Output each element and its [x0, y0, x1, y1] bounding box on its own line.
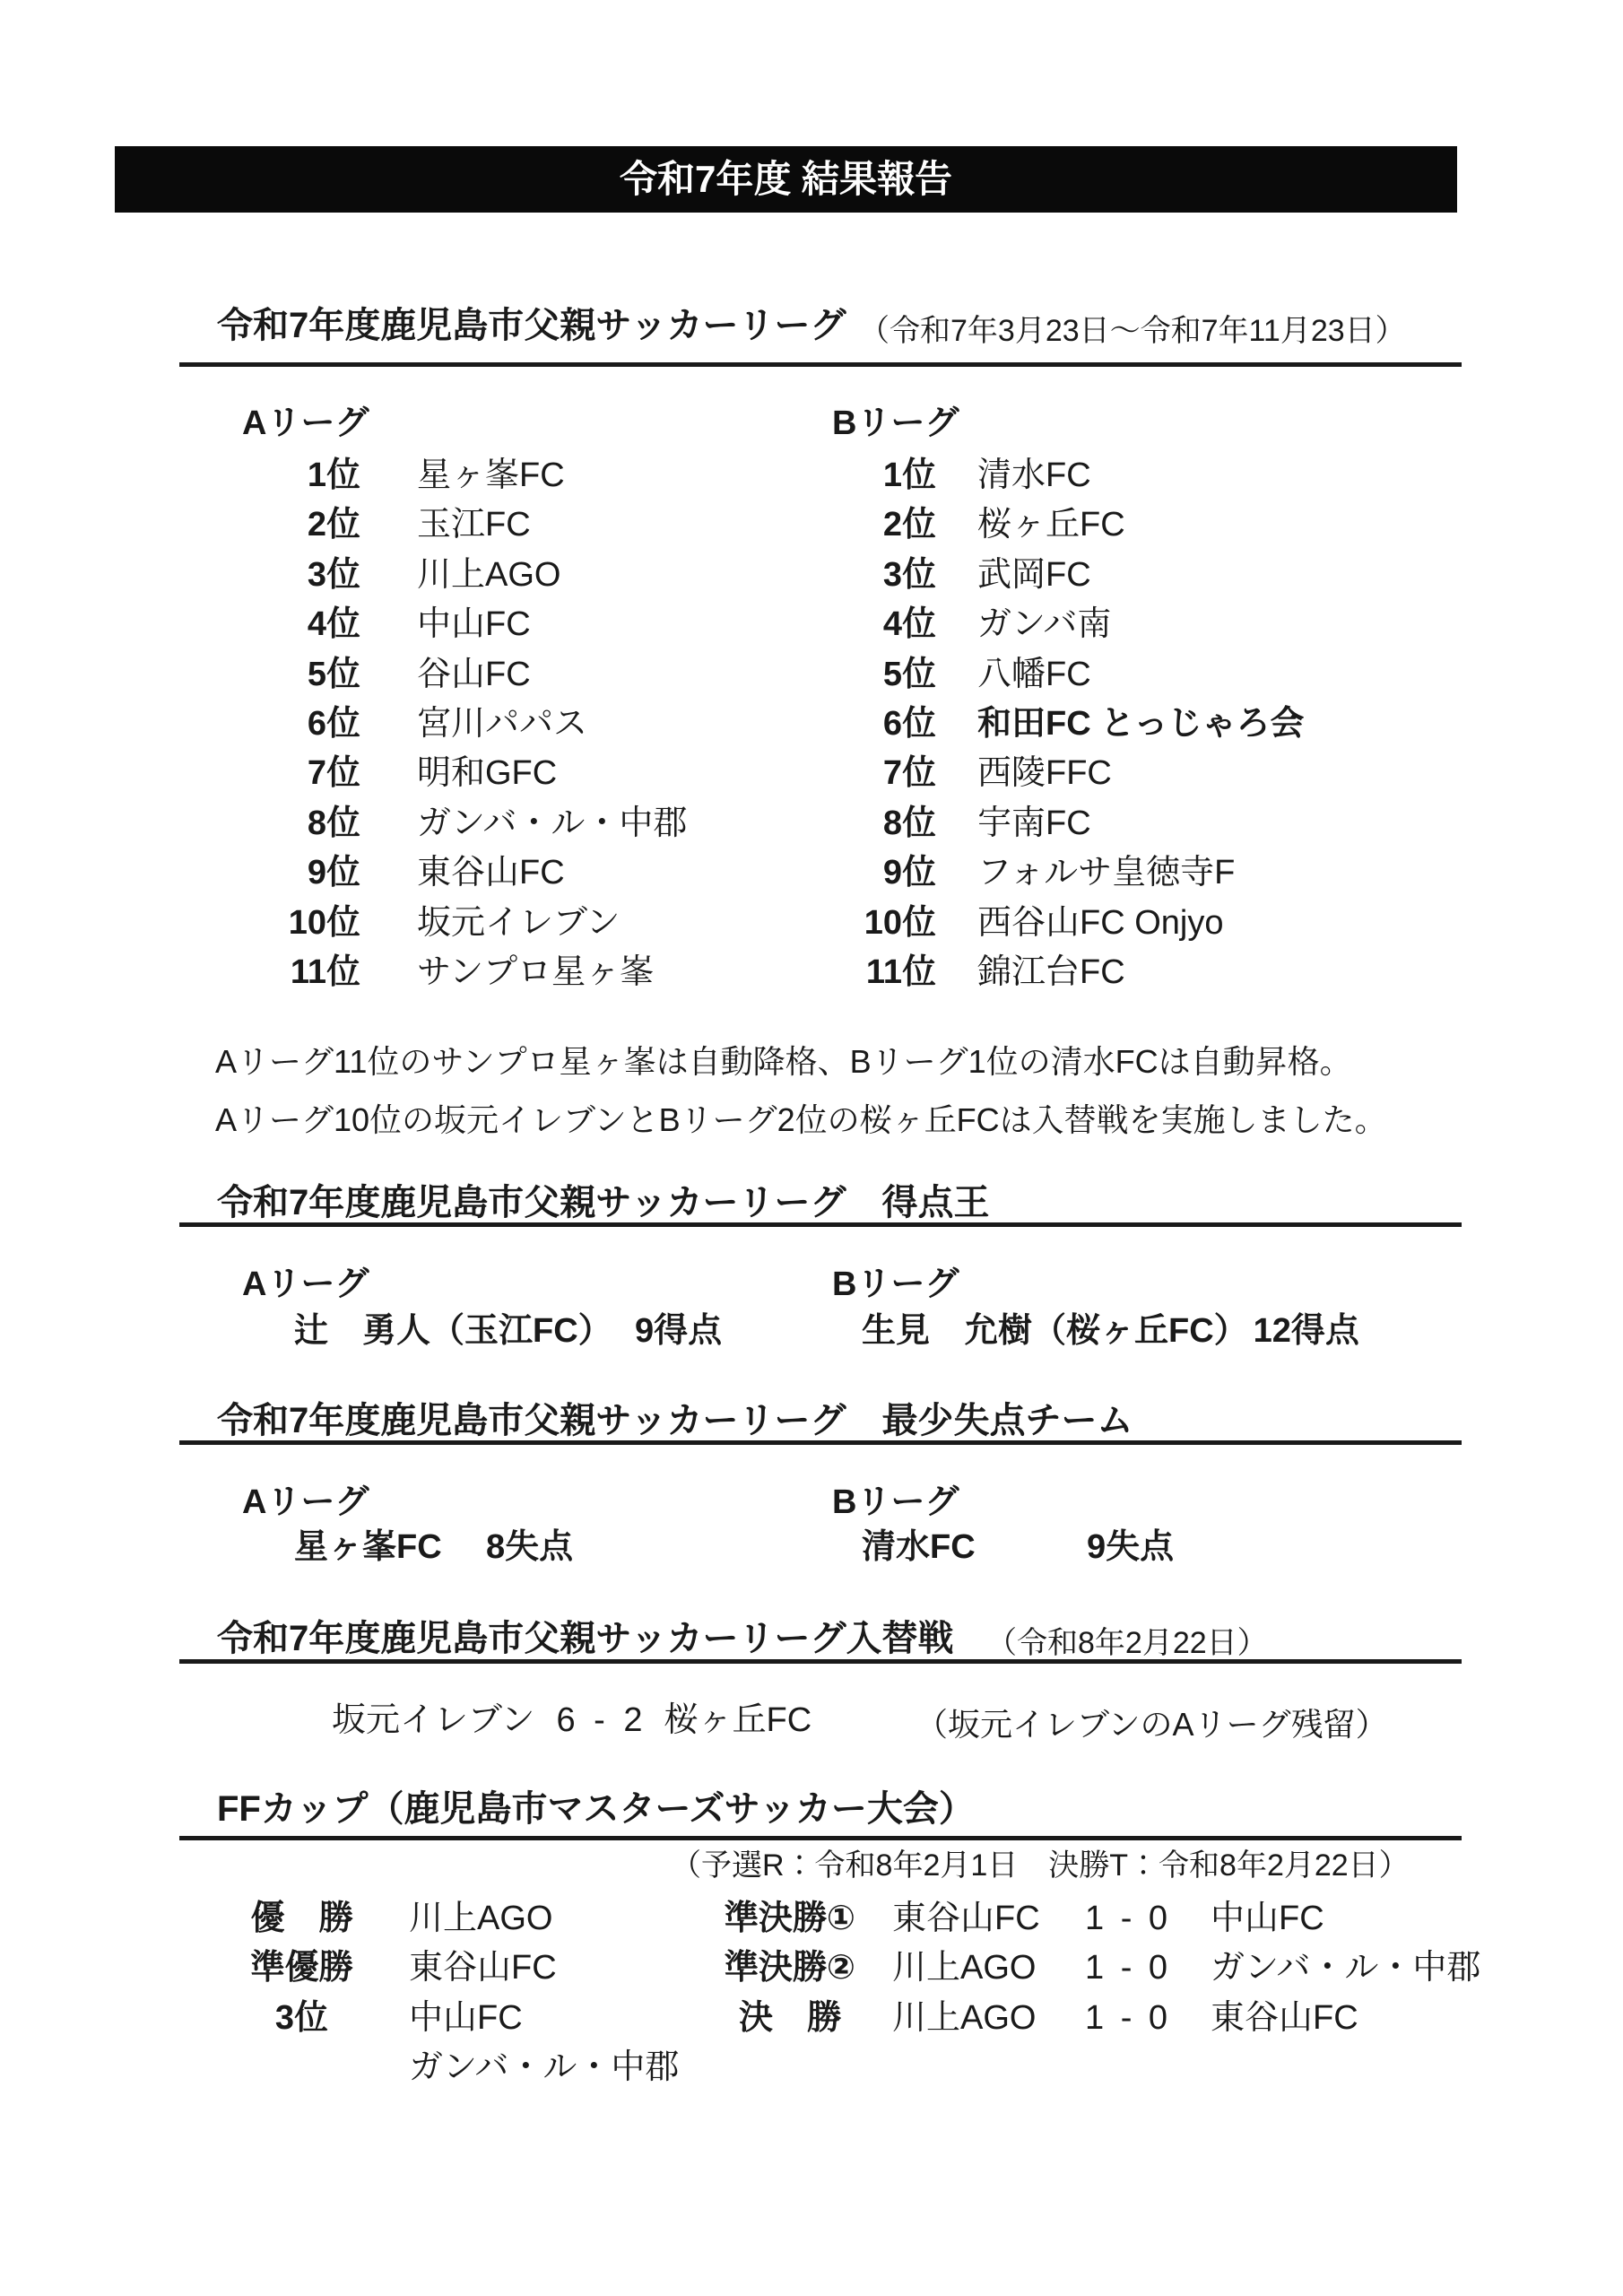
- fewest-goals-a-team: 星ヶ峯FC: [294, 1528, 442, 1568]
- league-a-standings: 1位星ヶ峯FC 2位玉江FC 3位川上AGO 4位中山FC 5位谷山FC 6位宮…: [251, 451, 807, 997]
- fewest-goals-b-points: 9失点: [1087, 1528, 1174, 1568]
- standings-row: 1位星ヶ峯FC: [251, 451, 807, 500]
- standings-team: 星ヶ峯FC: [417, 451, 565, 500]
- ff-match-home: 川上AGO: [892, 1944, 1085, 1993]
- ff-standing-team: 中山FC: [409, 1994, 722, 2043]
- league-date-range: （令和7年3月23日～令和7年11月23日）: [859, 313, 1406, 350]
- ff-standing-label: [242, 2043, 361, 2092]
- standings-row: 6位和田FC とっじゃろ会: [825, 700, 1453, 749]
- results-report-page: 令和7年度 結果報告 令和7年度鹿児島市父親サッカーリーグ （令和7年3月23日…: [0, 0, 1623, 2296]
- standings-rank: 8位: [825, 799, 936, 848]
- standings-rank: 3位: [251, 551, 360, 600]
- page-title-bar: 令和7年度 結果報告: [115, 146, 1457, 213]
- ff-match-home: [892, 2043, 1085, 2092]
- ff-match-score: 1 - 0: [1085, 1994, 1188, 2043]
- fewest-goals-b-team: 清水FC: [862, 1528, 976, 1568]
- standings-row: 11位サンプロ星ヶ峯: [251, 948, 807, 997]
- standings-rank: 5位: [251, 650, 360, 700]
- standings-rank: 7位: [825, 749, 936, 798]
- standings-row: 3位川上AGO: [251, 551, 807, 600]
- standings-team: 桜ヶ丘FC: [977, 500, 1125, 550]
- playoff-heading: 令和7年度鹿児島市父親サッカーリーグ入替戦: [217, 1618, 953, 1659]
- standings-team: 坂元イレブン: [417, 899, 620, 948]
- standings-row: 4位中山FC: [251, 600, 807, 649]
- playoff-note: （坂元イレブンのAリーグ残留）: [916, 1704, 1388, 1746]
- ff-match-label: 決 勝: [722, 1994, 858, 2043]
- ff-standing-team: 川上AGO: [409, 1894, 722, 1944]
- standings-rank: 2位: [825, 500, 936, 550]
- promotion-note-1: Aリーグ11位のサンプロ星ヶ峯は自動降格、Bリーグ1位の清水FCは自動昇格。: [215, 1041, 1352, 1083]
- ff-match-away: 中山FC: [1211, 1894, 1324, 1944]
- ff-standing-label: 優 勝: [242, 1894, 361, 1944]
- ff-match-home: 川上AGO: [892, 1994, 1085, 2043]
- fewest-goals-a-points: 8失点: [486, 1528, 573, 1568]
- standings-team: 錦江台FC: [977, 948, 1125, 997]
- standings-rank: 2位: [251, 500, 360, 550]
- top-scorer-b-player: 生見 允樹（桜ヶ丘FC）: [862, 1312, 1248, 1352]
- standings-rank: 9位: [251, 848, 360, 898]
- playoff-score: 6 - 2: [556, 1701, 642, 1741]
- ff-match-score: 1 - 0: [1085, 1894, 1188, 1944]
- standings-row: 8位宇南FC: [825, 799, 1453, 848]
- section-divider: [179, 362, 1462, 367]
- standings-team: 谷山FC: [417, 650, 531, 700]
- standings-row: 3位武岡FC: [825, 551, 1453, 600]
- standings-row: 1位清水FC: [825, 451, 1453, 500]
- standings-team: 西谷山FC Onjyo: [977, 899, 1223, 948]
- standings-row: 2位桜ヶ丘FC: [825, 500, 1453, 550]
- standings-team: 川上AGO: [417, 551, 560, 600]
- standings-row: 9位フォルサ皇徳寺F: [825, 848, 1453, 898]
- standings-team: 玉江FC: [417, 500, 531, 550]
- ff-standing-label: 準優勝: [242, 1944, 361, 1993]
- ff-match-away: ガンバ・ル・中郡: [1211, 1944, 1480, 1993]
- ff-cup-row: 準優勝 東谷山FC 準決勝② 川上AGO 1 - 0 ガンバ・ル・中郡: [242, 1944, 1480, 1993]
- standings-team: 明和GFC: [417, 749, 557, 798]
- standings-team: サンプロ星ヶ峯: [417, 948, 654, 997]
- standings-rank: 5位: [825, 650, 936, 700]
- standings-rank: 11位: [251, 948, 360, 997]
- standings-team: 西陵FFC: [977, 749, 1112, 798]
- top-scorer-league-b-header: Bリーグ: [832, 1265, 959, 1305]
- section-divider: [179, 1659, 1462, 1664]
- ff-match-label: 準決勝①: [722, 1894, 858, 1944]
- top-scorer-league-a-header: Aリーグ: [242, 1265, 369, 1305]
- fewest-goals-heading: 令和7年度鹿児島市父親サッカーリーグ 最少失点チーム: [217, 1400, 1133, 1441]
- standings-team: フォルサ皇徳寺F: [977, 848, 1235, 898]
- playoff-result: 坂元イレブン 6 - 2 桜ヶ丘FC: [332, 1701, 811, 1741]
- standings-team: 東谷山FC: [417, 848, 565, 898]
- standings-rank: 4位: [825, 600, 936, 649]
- ff-cup-row: 3位 中山FC 決 勝 川上AGO 1 - 0 東谷山FC: [242, 1994, 1480, 2043]
- standings-rank: 1位: [251, 451, 360, 500]
- standings-team: 八幡FC: [977, 650, 1091, 700]
- standings-row: 9位東谷山FC: [251, 848, 807, 898]
- fewest-goals-league-b-header: Bリーグ: [832, 1483, 959, 1523]
- standings-rank: 10位: [825, 899, 936, 948]
- standings-team: 清水FC: [977, 451, 1091, 500]
- standings-row: 7位明和GFC: [251, 749, 807, 798]
- league-a-header: Aリーグ: [242, 404, 369, 444]
- ff-standing-label: 3位: [242, 1994, 361, 2043]
- ff-match-away: 東谷山FC: [1211, 1994, 1358, 2043]
- top-scorer-a-player: 辻 勇人（玉江FC）: [294, 1312, 612, 1352]
- playoff-date: （令和8年2月22日）: [986, 1625, 1268, 1662]
- standings-row: 5位八幡FC: [825, 650, 1453, 700]
- standings-rank: 3位: [825, 551, 936, 600]
- fewest-goals-league-a-header: Aリーグ: [242, 1483, 369, 1523]
- standings-team: 中山FC: [417, 600, 531, 649]
- standings-row: 2位玉江FC: [251, 500, 807, 550]
- ff-match-score: [1085, 2043, 1188, 2092]
- standings-rank: 6位: [825, 700, 936, 749]
- standings-row: 8位ガンバ・ル・中郡: [251, 799, 807, 848]
- top-scorer-heading: 令和7年度鹿児島市父親サッカーリーグ 得点王: [217, 1182, 989, 1223]
- ff-match-score: 1 - 0: [1085, 1944, 1188, 1993]
- ff-match-home: 東谷山FC: [892, 1894, 1085, 1944]
- playoff-away-team: 桜ヶ丘FC: [664, 1701, 812, 1741]
- standings-team: 宮川パパス: [417, 700, 587, 749]
- ff-match-label: 準決勝②: [722, 1944, 858, 1993]
- standings-row: 10位西谷山FC Onjyo: [825, 899, 1453, 948]
- ff-cup-row: ガンバ・ル・中郡: [242, 2043, 1480, 2092]
- league-section-heading: 令和7年度鹿児島市父親サッカーリーグ: [217, 305, 846, 346]
- top-scorer-b-points: 12得点: [1254, 1312, 1359, 1352]
- standings-rank: 1位: [825, 451, 936, 500]
- standings-rank: 6位: [251, 700, 360, 749]
- section-divider: [179, 1440, 1462, 1445]
- standings-team: ガンバ南: [977, 600, 1111, 649]
- standings-rank: 8位: [251, 799, 360, 848]
- league-b-header: Bリーグ: [832, 404, 959, 444]
- standings-team: 和田FC とっじゃろ会: [977, 700, 1304, 749]
- ff-cup-results: 優 勝 川上AGO 準決勝① 東谷山FC 1 - 0 中山FC 準優勝 東谷山F…: [242, 1894, 1480, 2093]
- standings-team: 宇南FC: [977, 799, 1091, 848]
- standings-rank: 4位: [251, 600, 360, 649]
- section-divider: [179, 1222, 1462, 1227]
- standings-row: 6位宮川パパス: [251, 700, 807, 749]
- league-b-standings: 1位清水FC 2位桜ヶ丘FC 3位武岡FC 4位ガンバ南 5位八幡FC 6位和田…: [825, 451, 1453, 997]
- standings-row: 10位坂元イレブン: [251, 899, 807, 948]
- ff-cup-row: 優 勝 川上AGO 準決勝① 東谷山FC 1 - 0 中山FC: [242, 1894, 1480, 1944]
- ff-cup-dates: （予選R：令和8年2月1日 決勝T：令和8年2月22日）: [671, 1848, 1410, 1884]
- ff-cup-heading: FFカップ（鹿児島市マスターズサッカー大会）: [217, 1788, 975, 1830]
- standings-row: 7位西陵FFC: [825, 749, 1453, 798]
- promotion-note-2: Aリーグ10位の坂元イレブンとBリーグ2位の桜ヶ丘FCは入替戦を実施しました。: [215, 1100, 1387, 1142]
- standings-rank: 7位: [251, 749, 360, 798]
- playoff-home-team: 坂元イレブン: [332, 1701, 534, 1741]
- standings-rank: 9位: [825, 848, 936, 898]
- standings-row: 4位ガンバ南: [825, 600, 1453, 649]
- ff-match-label: [722, 2043, 858, 2092]
- standings-team: ガンバ・ル・中郡: [417, 799, 687, 848]
- section-divider: [179, 1836, 1462, 1840]
- standings-rank: 10位: [251, 899, 360, 948]
- ff-standing-team: 東谷山FC: [409, 1944, 722, 1993]
- top-scorer-a-points: 9得点: [635, 1312, 722, 1352]
- standings-row: 11位錦江台FC: [825, 948, 1453, 997]
- standings-rank: 11位: [825, 948, 936, 997]
- top-scorer-b-line: 生見 允樹（桜ヶ丘FC） 12得点: [862, 1312, 1359, 1352]
- ff-standing-team: ガンバ・ル・中郡: [409, 2043, 722, 2092]
- standings-team: 武岡FC: [977, 551, 1091, 600]
- standings-row: 5位谷山FC: [251, 650, 807, 700]
- page-title: 令和7年度 結果報告: [620, 161, 952, 198]
